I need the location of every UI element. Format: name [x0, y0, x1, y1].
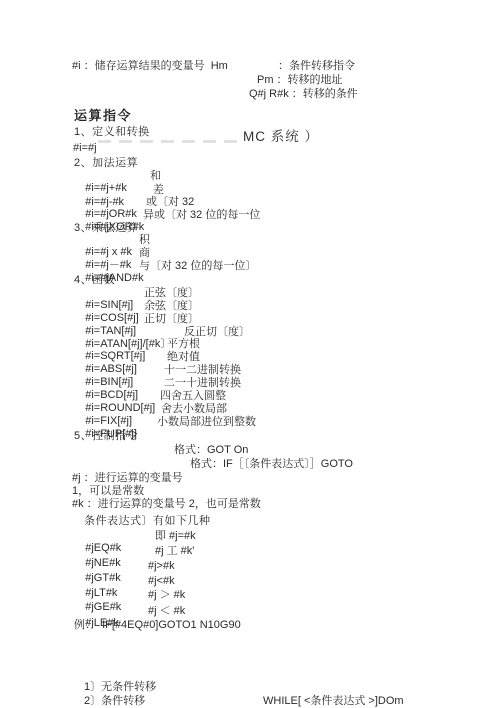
section-heading-function: 4、函数	[74, 274, 115, 286]
description: 商	[139, 247, 150, 259]
condition-meaning: #j>#k	[148, 560, 175, 572]
description: 正切〔度〕	[144, 313, 199, 325]
formula-line: #i=#j	[73, 142, 97, 154]
description: 正弦〔度〕	[144, 287, 199, 299]
condition-meaning: #j ＞ #k	[148, 589, 185, 601]
while-do-note: WHILE[ <条件表达式 >]DOm	[263, 695, 404, 707]
header-variable-note: #i ：储存运算结果的变量号 Hm	[72, 60, 228, 72]
section-heading-control: 5、控制指令	[74, 430, 138, 442]
description: 异或〔对 32 位的每一位	[143, 209, 260, 221]
condition-meaning: #j ＜ #k	[148, 605, 185, 617]
description: 平方根	[167, 338, 200, 350]
footer-item-unconditional: 1〕无条件转移	[84, 681, 156, 693]
description: 十一二进制转换	[164, 364, 241, 376]
example-line: 例： IF[#4EQ#0]GOTO1 N10G90	[74, 619, 241, 631]
faded-text-artifact	[98, 140, 240, 143]
section-heading-add: 2、加法运算	[74, 157, 138, 169]
footer-item-conditional: 2〕条件转移	[84, 695, 145, 707]
variable-note-constant: 1，可以是常数	[72, 485, 144, 497]
section-heading-define: 1、定义和转换	[74, 126, 150, 138]
condition-meaning: 即 #j=#k	[155, 530, 196, 542]
variable-note-k: #k ：进行运算的变量号 2，也可是常数	[72, 498, 261, 510]
condition-meaning: #j 工 #k'	[155, 545, 194, 557]
format-if-goto-line: 格式：IF［〔条件表达式〕］GOTO	[190, 458, 353, 470]
description: 或〔对 32	[146, 196, 194, 208]
mc-system-note: MC 系统 ）	[243, 131, 319, 143]
description: 四舍五入圆整	[160, 390, 226, 402]
header-branch-note: ：条件转移指令	[278, 60, 355, 72]
condition-meaning: #j<#k	[148, 575, 175, 587]
description: 二一十进制转换	[164, 377, 241, 389]
description: 积	[139, 234, 150, 246]
header-pm-note: Pm ：转移的地址	[257, 74, 343, 86]
description: 反正切〔度〕	[184, 326, 250, 338]
description: 余弦〔度〕	[144, 300, 199, 312]
description: 与〔对 32 位的每一位〕	[139, 260, 256, 272]
description: 差	[153, 184, 164, 196]
section-heading-multiply: 3、乘法运算	[74, 222, 138, 234]
scanned-document-page: #i ：储存运算结果的变量号 Hm ：条件转移指令 Pm ：转移的地址 Q#j …	[0, 0, 500, 708]
description: 和	[150, 170, 161, 182]
header-qr-note: Q#j R#k ：转移的条件	[249, 88, 358, 100]
format-goto-line: 格式：GOT On	[174, 444, 248, 456]
description: 小数局部进位到整数	[157, 416, 256, 428]
description: 绝对值	[167, 351, 200, 363]
conditions-heading: 条件表达式〕有如下几种	[84, 515, 211, 527]
page-title: 运算指令	[74, 110, 132, 122]
variable-note-j: #j ：进行运算的变量号	[72, 472, 183, 484]
description: 舍去小数局部	[161, 403, 227, 415]
